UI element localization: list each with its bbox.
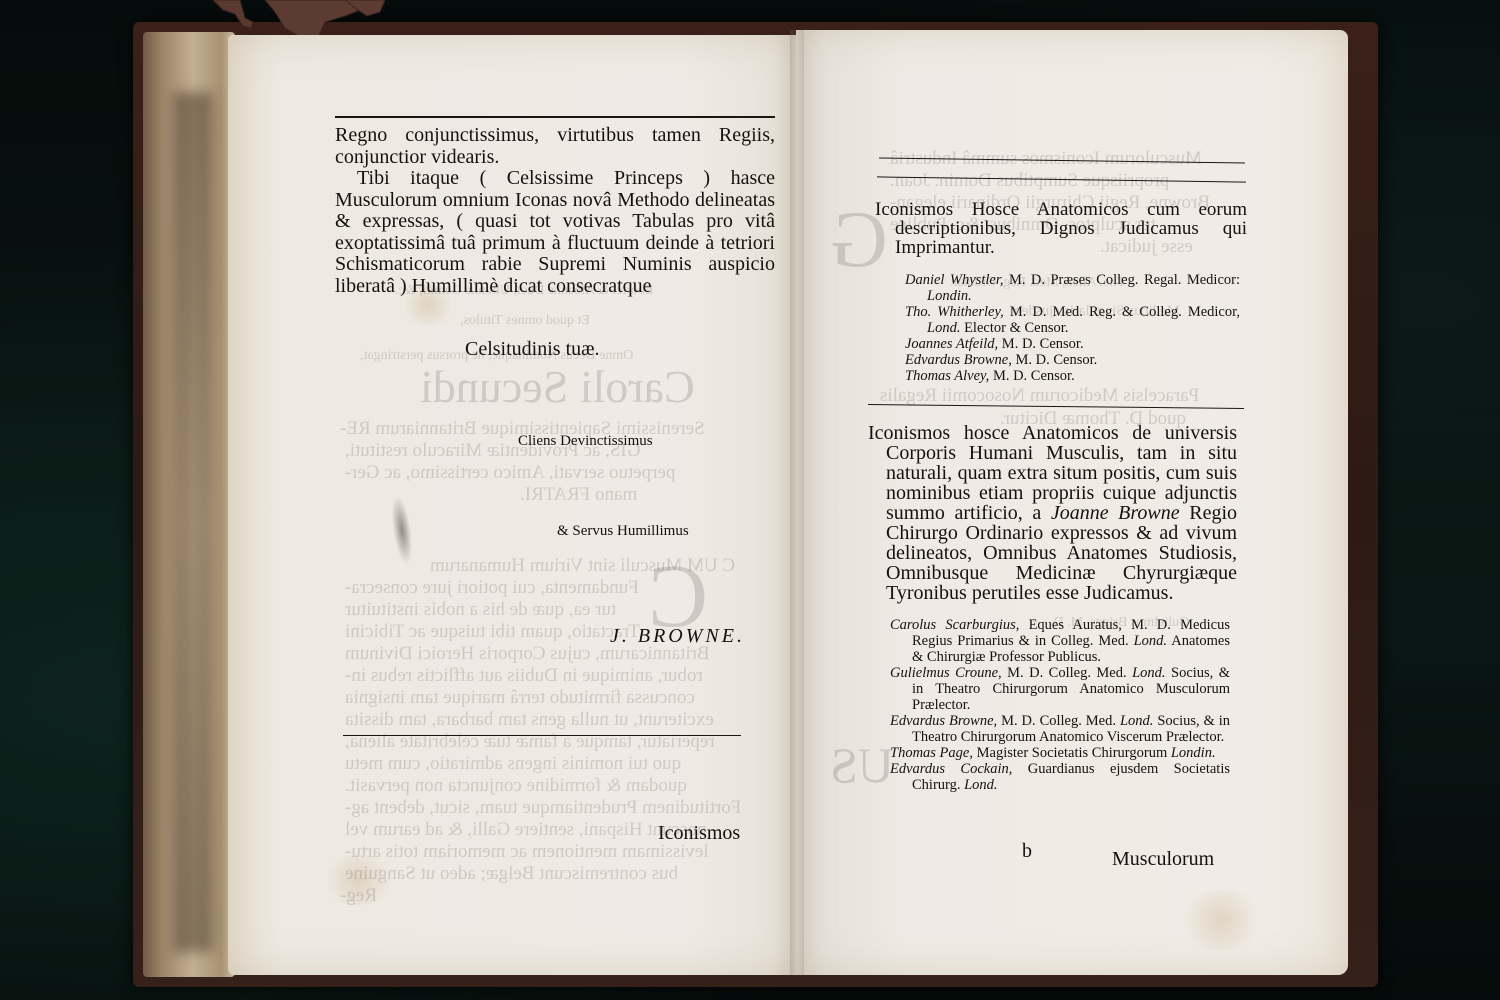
show-through-line: robur, animique in Dubiis aut afflictis … <box>345 665 703 687</box>
imprimatur-text: Iconismos hosce Anatomicos de universis … <box>868 423 1237 603</box>
show-through-line: Fortitudinem Prudentiamque tuam, sicut, … <box>345 797 741 819</box>
signatory: Edvardus Cockain, Guardianus ejusdem Soc… <box>890 761 1230 793</box>
show-through-line: Reg- <box>340 885 377 907</box>
foxing-spot <box>1176 890 1266 950</box>
physicians-list: Carolus Scarburgius, Eques Auratus, M. D… <box>890 617 1230 793</box>
closing-client: Cliens Devinctissimus <box>518 433 653 450</box>
show-through-line: tur ea, quæ de his a nobis instituitur <box>345 599 616 621</box>
censors-list: Daniel Whystler, M. D. Præses Colleg. Re… <box>905 272 1240 384</box>
show-through-line: Fundamenta, cui potiori jure consecra- <box>345 577 639 599</box>
show-through-line: exciterunt, ut nulla gens tam barbara, t… <box>345 709 714 731</box>
water-stain <box>173 92 213 952</box>
dedication-line: Regno conjunctissimus, virtutibus tamen … <box>335 125 775 147</box>
signatory: Thomas Page, Magister Societatis Chirurg… <box>890 745 1230 761</box>
show-through-line: perpetuo servati, Amico certissimo, ac G… <box>345 462 675 484</box>
signatory: Daniel Whystler, M. D. Præses Colleg. Re… <box>905 272 1240 304</box>
show-through-line: quodam & formidine conjuncta non pervasi… <box>345 775 687 797</box>
signatory: Edvardus Browne, M. D. Censor. <box>905 352 1240 368</box>
imprimatur-statement-2: Iconismos hosce Anatomicos de universis … <box>868 423 1237 603</box>
show-through-line: noscunt Hispani, sentiere Galli, & ad ea… <box>345 819 706 841</box>
show-through-line: Et quod omnes Titulos, <box>460 310 590 332</box>
catchword: Musculorum <box>1112 848 1214 871</box>
show-through-glyph: US <box>830 740 894 790</box>
show-through-line: levissimam mentionem ac memoriam totis a… <box>345 841 709 863</box>
signatory: Edvardus Browne, M. D. Colleg. Med. Lond… <box>890 713 1230 745</box>
show-through-line: mano FRATRI. <box>520 484 637 506</box>
dedication-text: Regno conjunctissimus, virtutibus tamen … <box>335 125 775 297</box>
imprimatur-text: Iconismos Hosce Anatomicos cum eorum des… <box>875 200 1247 257</box>
show-through-line: Tractatio, quam tibi tuisque ac Tibicini <box>345 621 640 643</box>
closing-servant: & Servus Humillimus <box>557 523 689 540</box>
imprimatur-statement-1: Iconismos Hosce Anatomicos cum eorum des… <box>875 200 1247 257</box>
author-signature: J. BROWNE. <box>610 625 745 648</box>
show-through-heading: Caroli Secundi <box>420 362 695 412</box>
dedication-paragraph: Tibi itaque ( Celsissime Princeps ) hasc… <box>335 168 775 297</box>
author-name: Joanne Browne <box>1051 502 1180 524</box>
signatory: Carolus Scarburgius, Eques Auratus, M. D… <box>890 617 1230 665</box>
book-gutter <box>790 30 804 975</box>
show-through-line: bus contremiscunt Belgæ; adeo ut Sanguin… <box>345 863 678 885</box>
show-through-line: propriisque Sumptibus Domin. Joan. <box>890 170 1169 192</box>
salutation: Celsitudinis tuæ. <box>465 338 599 361</box>
section-rule <box>343 735 741 736</box>
dedication-line: conjunctior videaris. <box>335 147 775 169</box>
signatory: Tho. Whitherley, M. D. Med. Reg. & Colle… <box>905 304 1240 336</box>
signatory: Joannes Atfeild, M. D. Censor. <box>905 336 1240 352</box>
signatory: Gulielmus Croune, M. D. Colleg. Med. Lon… <box>890 665 1230 713</box>
headline-rule <box>335 116 775 118</box>
show-through-line: concussa firmitudo terrâ marique tam ins… <box>345 687 695 709</box>
show-through-line: quo tui nominis ingens admiratio, cum me… <box>345 753 681 775</box>
signature-mark: b <box>1022 840 1032 863</box>
signatory: Thomas Alvey, M. D. Censor. <box>905 368 1240 384</box>
catchword: Iconismos <box>658 822 740 845</box>
left-flyleaf-pastedown <box>143 32 235 977</box>
